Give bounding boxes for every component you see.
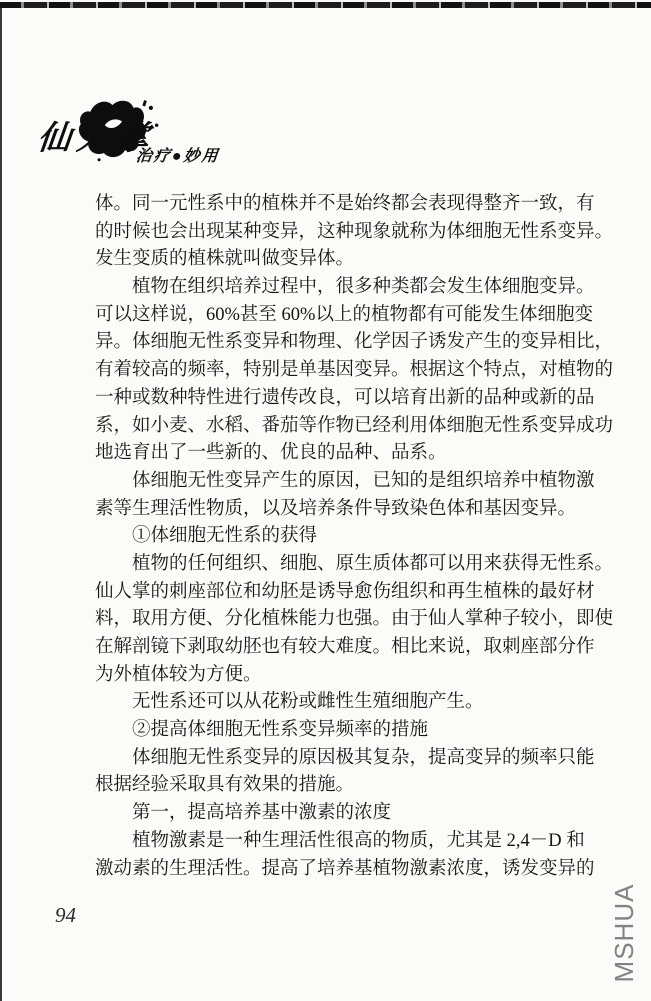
- text-line: 仙人掌的刺座部位和幼胚是诱导愈伤组织和再生植株的最好材: [95, 579, 587, 607]
- text-line: 可以这样说，60%甚至 60%以上的植物都有可能发生体细胞变: [95, 302, 587, 330]
- text-line: 发生变质的植株就叫做变异体。: [95, 246, 587, 274]
- text-line: 地选育出了一些新的、优良的品种、品系。: [95, 440, 587, 468]
- text-line: 异。体细胞无性系变异和物理、化学因子诱发产生的变异相比，: [95, 329, 587, 357]
- left-scan-artifact: [0, 8, 2, 1001]
- text-line: 植物的任何组织、细胞、原生质体都可以用来获得无性系。: [95, 551, 587, 579]
- text-line: 体细胞无性变异产生的原因，已知的是组织培养中植物激: [95, 468, 587, 496]
- text-line: 料，取用方便、分化植株能力也强。由于仙人掌种子较小，即使: [95, 606, 587, 634]
- text-line: ①体细胞无性系的获得: [95, 523, 587, 551]
- top-scan-artifact: [0, 2, 651, 8]
- watermark-text: MSHUA: [609, 873, 639, 993]
- text-line: ②提高体细胞无性系变异频率的措施: [95, 717, 587, 745]
- text-line: 系，如小麦、水稻、番茄等作物已经利用体细胞无性系变异成功: [95, 413, 587, 441]
- page-number: 94: [55, 903, 76, 928]
- text-line: 有着较高的频率，特别是单基因变异。根据这个特点，对植物的: [95, 357, 587, 385]
- book-logo: 仙人掌 治疗●妙用: [38, 96, 258, 176]
- text-line: 激动素的生理活性。提高了培养基植物激素浓度，诱发变异的: [95, 856, 587, 884]
- text-line: 一种或数种特性进行遗传改良，可以培育出新的品种或新的品: [95, 385, 587, 413]
- text-line: 第一，提高培养基中激素的浓度: [95, 800, 587, 828]
- text-line: 体。同一元性系中的植株并不是始终都会表现得整齐一致，有: [95, 191, 587, 219]
- text-line: 植物在组织培养过程中，很多种类都会发生体细胞变异。: [95, 274, 587, 302]
- page-text-column: 体。同一元性系中的植株并不是始终都会表现得整齐一致，有的时候也会出现某种变异，这…: [95, 191, 587, 883]
- text-line: 根据经验采取具有效果的措施。: [95, 772, 587, 800]
- text-line: 素等生理活性物质，以及培养条件导致染色体和基因变异。: [95, 496, 587, 524]
- logo-subtitle: 治疗●妙用: [135, 143, 221, 166]
- text-line: 的时候也会出现某种变异，这种现象就称为体细胞无性系变异。: [95, 219, 587, 247]
- text-line: 植物激素是一种生理活性很高的物质，尤其是 2,4－D 和: [95, 828, 587, 856]
- text-line: 在解剖镜下剥取幼胚也有较大难度。相比来说，取刺座部分作: [95, 634, 587, 662]
- text-line: 体细胞无性系变异的原因极其复杂，提高变异的频率只能: [95, 745, 587, 773]
- text-line: 无性系还可以从花粉或雌性生殖细胞产生。: [95, 689, 587, 717]
- text-line: 为外植体较为方便。: [95, 662, 587, 690]
